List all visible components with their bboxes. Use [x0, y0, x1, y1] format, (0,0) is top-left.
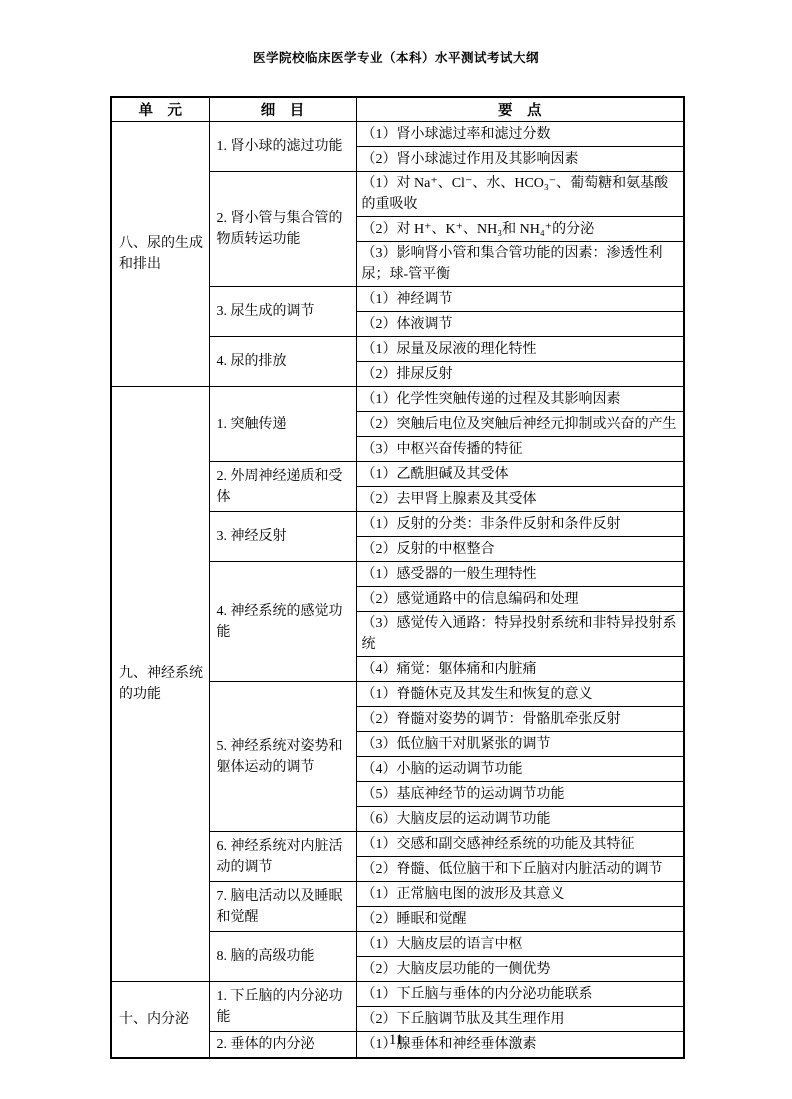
point-cell: （1）下丘脑与垂体的内分泌功能联系	[356, 982, 684, 1007]
point-cell: （2）体液调节	[356, 312, 684, 337]
point-cell: （3）影响肾小管和集合管功能的因素：渗透性利尿；球-管平衡	[356, 242, 684, 287]
detail-cell: 6. 神经系统对内脏活动的调节	[209, 832, 356, 882]
point-cell: （1）肾小球滤过率和滤过分数	[356, 122, 684, 147]
table-row: 九、神经系统的功能1. 突触传递（1）化学性突触传递的过程及其影响因素	[111, 387, 684, 412]
table-header: 单 元 细 目 要 点	[111, 97, 684, 122]
point-cell: （6）大脑皮层的运动调节功能	[356, 807, 684, 832]
table-row: 十、内分泌1. 下丘脑的内分泌功能（1）下丘脑与垂体的内分泌功能联系	[111, 982, 684, 1007]
detail-cell: 8. 脑的高级功能	[209, 932, 356, 982]
table-row: 八、尿的生成和排出1. 肾小球的滤过功能（1）肾小球滤过率和滤过分数	[111, 122, 684, 147]
point-cell: （2）突触后电位及突触后神经元抑制或兴奋的产生	[356, 412, 684, 437]
point-cell: （2）大脑皮层功能的一侧优势	[356, 957, 684, 982]
point-cell: （1）交感和副交感神经系统的功能及其特征	[356, 832, 684, 857]
point-cell: （5）基底神经节的运动调节功能	[356, 782, 684, 807]
detail-cell: 4. 尿的排放	[209, 337, 356, 387]
point-cell: （1）尿量及尿液的理化特性	[356, 337, 684, 362]
detail-cell: 4. 神经系统的感觉功能	[209, 562, 356, 682]
unit-cell: 九、神经系统的功能	[111, 387, 209, 982]
point-cell: （2）排尿反射	[356, 362, 684, 387]
point-cell: （2）感觉通路中的信息编码和处理	[356, 587, 684, 612]
point-cell: （2）反射的中枢整合	[356, 537, 684, 562]
point-cell: （2）去甲肾上腺素及其受体	[356, 487, 684, 512]
detail-cell: 7. 脑电活动以及睡眠和觉醒	[209, 882, 356, 932]
point-cell: （3）中枢兴奋传播的特征	[356, 437, 684, 462]
column-header-unit: 单 元	[111, 97, 209, 122]
point-cell: （3）低位脑干对肌紧张的调节	[356, 732, 684, 757]
syllabus-table-body: 八、尿的生成和排出1. 肾小球的滤过功能（1）肾小球滤过率和滤过分数（2）肾小球…	[111, 122, 684, 1059]
point-cell: （3）感觉传入通路：特异投射系统和非特异投射系统	[356, 612, 684, 657]
point-cell: （4）小脑的运动调节功能	[356, 757, 684, 782]
detail-cell: 5. 神经系统对姿势和躯体运动的调节	[209, 682, 356, 832]
detail-cell: 3. 尿生成的调节	[209, 287, 356, 337]
detail-cell: 1. 下丘脑的内分泌功能	[209, 982, 356, 1032]
document-title: 医学院校临床医学专业（本科）水平测试考试大纲	[0, 48, 792, 66]
detail-cell: 2. 肾小管与集合管的物质转运功能	[209, 172, 356, 287]
detail-cell: 1. 肾小球的滤过功能	[209, 122, 356, 172]
point-cell: （1）正常脑电图的波形及其意义	[356, 882, 684, 907]
point-cell: （2）对 H⁺、K⁺、NH₃和 NH₄⁺的分泌	[356, 217, 684, 242]
point-cell: （2）睡眠和觉醒	[356, 907, 684, 932]
point-cell: （1）对 Na⁺、Cl⁻、水、HCO₃⁻、葡萄糖和氨基酸的重吸收	[356, 172, 684, 217]
document-page: 医学院校临床医学专业（本科）水平测试考试大纲 单 元 细 目 要 点 八、尿的生…	[0, 0, 792, 1099]
point-cell: （1）反射的分类：非条件反射和条件反射	[356, 512, 684, 537]
detail-cell: 1. 突触传递	[209, 387, 356, 462]
syllabus-table: 单 元 细 目 要 点 八、尿的生成和排出1. 肾小球的滤过功能（1）肾小球滤过…	[110, 96, 685, 1059]
point-cell: （1）脊髓休克及其发生和恢复的意义	[356, 682, 684, 707]
point-cell: （1）大脑皮层的语言中枢	[356, 932, 684, 957]
table-header-row: 单 元 细 目 要 点	[111, 97, 684, 122]
point-cell: （2）下丘脑调节肽及其生理作用	[356, 1007, 684, 1032]
point-cell: （1）感受器的一般生理特性	[356, 562, 684, 587]
point-cell: （1）神经调节	[356, 287, 684, 312]
column-header-detail: 细 目	[209, 97, 356, 122]
point-cell: （2）肾小球滤过作用及其影响因素	[356, 147, 684, 172]
page-number: 11	[0, 1032, 792, 1049]
point-cell: （2）脊髓对姿势的调节：骨骼肌牵张反射	[356, 707, 684, 732]
point-cell: （4）痛觉：躯体痛和内脏痛	[356, 657, 684, 682]
detail-cell: 2. 外周神经递质和受体	[209, 462, 356, 512]
unit-cell: 八、尿的生成和排出	[111, 122, 209, 387]
point-cell: （2）脊髓、低位脑干和下丘脑对内脏活动的调节	[356, 857, 684, 882]
column-header-points: 要 点	[356, 97, 684, 122]
point-cell: （1）化学性突触传递的过程及其影响因素	[356, 387, 684, 412]
detail-cell: 3. 神经反射	[209, 512, 356, 562]
point-cell: （1）乙酰胆碱及其受体	[356, 462, 684, 487]
